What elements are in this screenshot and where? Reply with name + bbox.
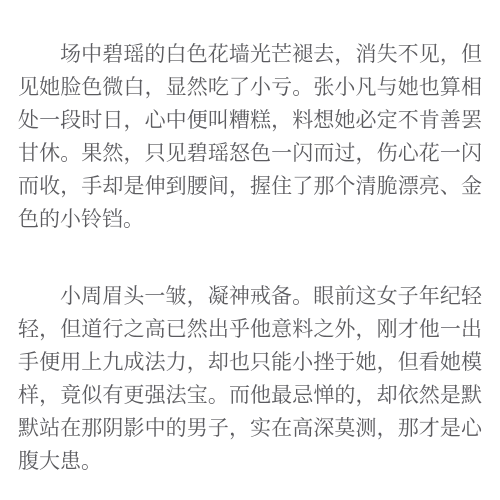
- text-line: 腹大患。: [18, 445, 482, 478]
- novel-text-page: 场中碧瑶的白色花墙光芒褪去，消失不见，但 见她脸色微白，显然吃了小亏。张小凡与她…: [0, 0, 500, 500]
- text-line: 见她脸色微白，显然吃了小亏。张小凡与她也算相: [18, 71, 482, 104]
- paragraph: 场中碧瑶的白色花墙光芒褪去，消失不见，但 见她脸色微白，显然吃了小亏。张小凡与她…: [18, 38, 482, 236]
- text-line: 而收，手却是伸到腰间，握住了那个清脆漂亮、金: [18, 170, 482, 203]
- text-line: 样，竟似有更强法宝。而他最忌惮的，却依然是默: [18, 379, 482, 412]
- text-line: 色的小铃铛。: [18, 203, 482, 236]
- text-line: 处一段时日，心中便叫糟糕，料想她必定不肯善罢: [18, 104, 482, 137]
- text-line: 场中碧瑶的白色花墙光芒褪去，消失不见，但: [18, 38, 482, 71]
- text-line: 轻，但道行之高已然出乎他意料之外，刚才他一出: [18, 313, 482, 346]
- text-line: 甘休。果然，只见碧瑶怒色一闪而过，伤心花一闪: [18, 137, 482, 170]
- text-line: 小周眉头一皱，凝神戒备。眼前这女子年纪轻: [18, 280, 482, 313]
- paragraph: 小周眉头一皱，凝神戒备。眼前这女子年纪轻 轻，但道行之高已然出乎他意料之外，刚才…: [18, 280, 482, 478]
- text-line: 默站在那阴影中的男子，实在高深莫测，那才是心: [18, 412, 482, 445]
- text-line: 手便用上九成法力，却也只能小挫于她，但看她模: [18, 346, 482, 379]
